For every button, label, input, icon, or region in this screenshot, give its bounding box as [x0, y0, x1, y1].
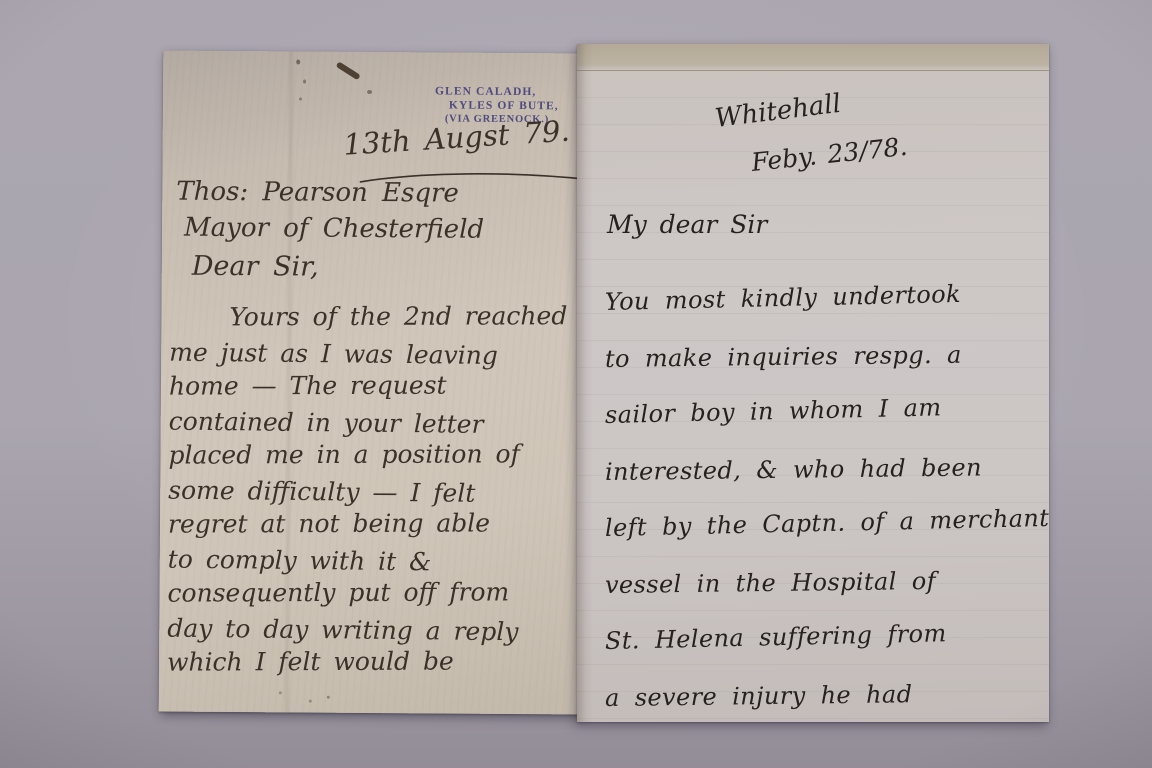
handwriting-line: sailor boy in whom I am — [604, 377, 1050, 444]
handwriting-line: home — The request — [169, 368, 567, 404]
paper-fold-edge — [577, 44, 1049, 71]
handwriting-line: consequently put off from — [167, 575, 565, 611]
right-letter-body: You most kindly undertook to make inquir… — [605, 274, 1049, 726]
salutation: Dear Sir, — [192, 251, 319, 283]
handwriting-line: You most kindly undertook — [604, 264, 1050, 331]
handwriting-line: left by the Captn. of a merchant — [604, 490, 1050, 557]
handwriting-line: Yours of the 2nd reached — [169, 299, 567, 335]
ink-spot — [296, 59, 300, 64]
ink-spot — [303, 80, 306, 84]
ink-stain — [336, 61, 361, 80]
handwriting-line: regret at not being able — [168, 506, 566, 542]
left-letter-body: Yours of the 2nd reached me just as I wa… — [167, 301, 567, 683]
handwriting-line: which I felt would be — [167, 644, 565, 680]
address-line: Thos: Pearson Esqre — [176, 177, 459, 209]
letterhead-line: KYLES OF BUTE, — [449, 99, 559, 114]
right-letter-page: Whitehall Feby. 23/78. My dear Sir You m… — [577, 44, 1049, 722]
address-line: Mayor of Chesterfield — [184, 213, 484, 245]
left-letter-date: 13th Augst 79. — [342, 114, 570, 162]
salutation: My dear Sir — [607, 210, 767, 239]
right-letter-date: Feby. 23/78. — [750, 132, 909, 177]
right-letter-place: Whitehall — [713, 89, 842, 134]
photo-backdrop: GLEN CALADH, KYLES OF BUTE, (VIA GREENOC… — [0, 0, 1152, 768]
handwriting-line: placed me in a position of — [168, 437, 566, 473]
ink-spot — [309, 700, 312, 703]
ink-spot — [327, 696, 330, 699]
paper-fold-shadow — [577, 44, 593, 722]
letterhead-line: GLEN CALADH, — [435, 84, 559, 99]
ink-spot — [279, 691, 282, 694]
handwriting-line: a severe injury he had — [605, 664, 1050, 726]
ink-spot — [299, 97, 302, 100]
left-letter-page: GLEN CALADH, KYLES OF BUTE, (VIA GREENOC… — [159, 51, 588, 715]
ink-spot — [367, 90, 372, 94]
handwriting-line: St. Helena suffering from — [604, 603, 1050, 670]
